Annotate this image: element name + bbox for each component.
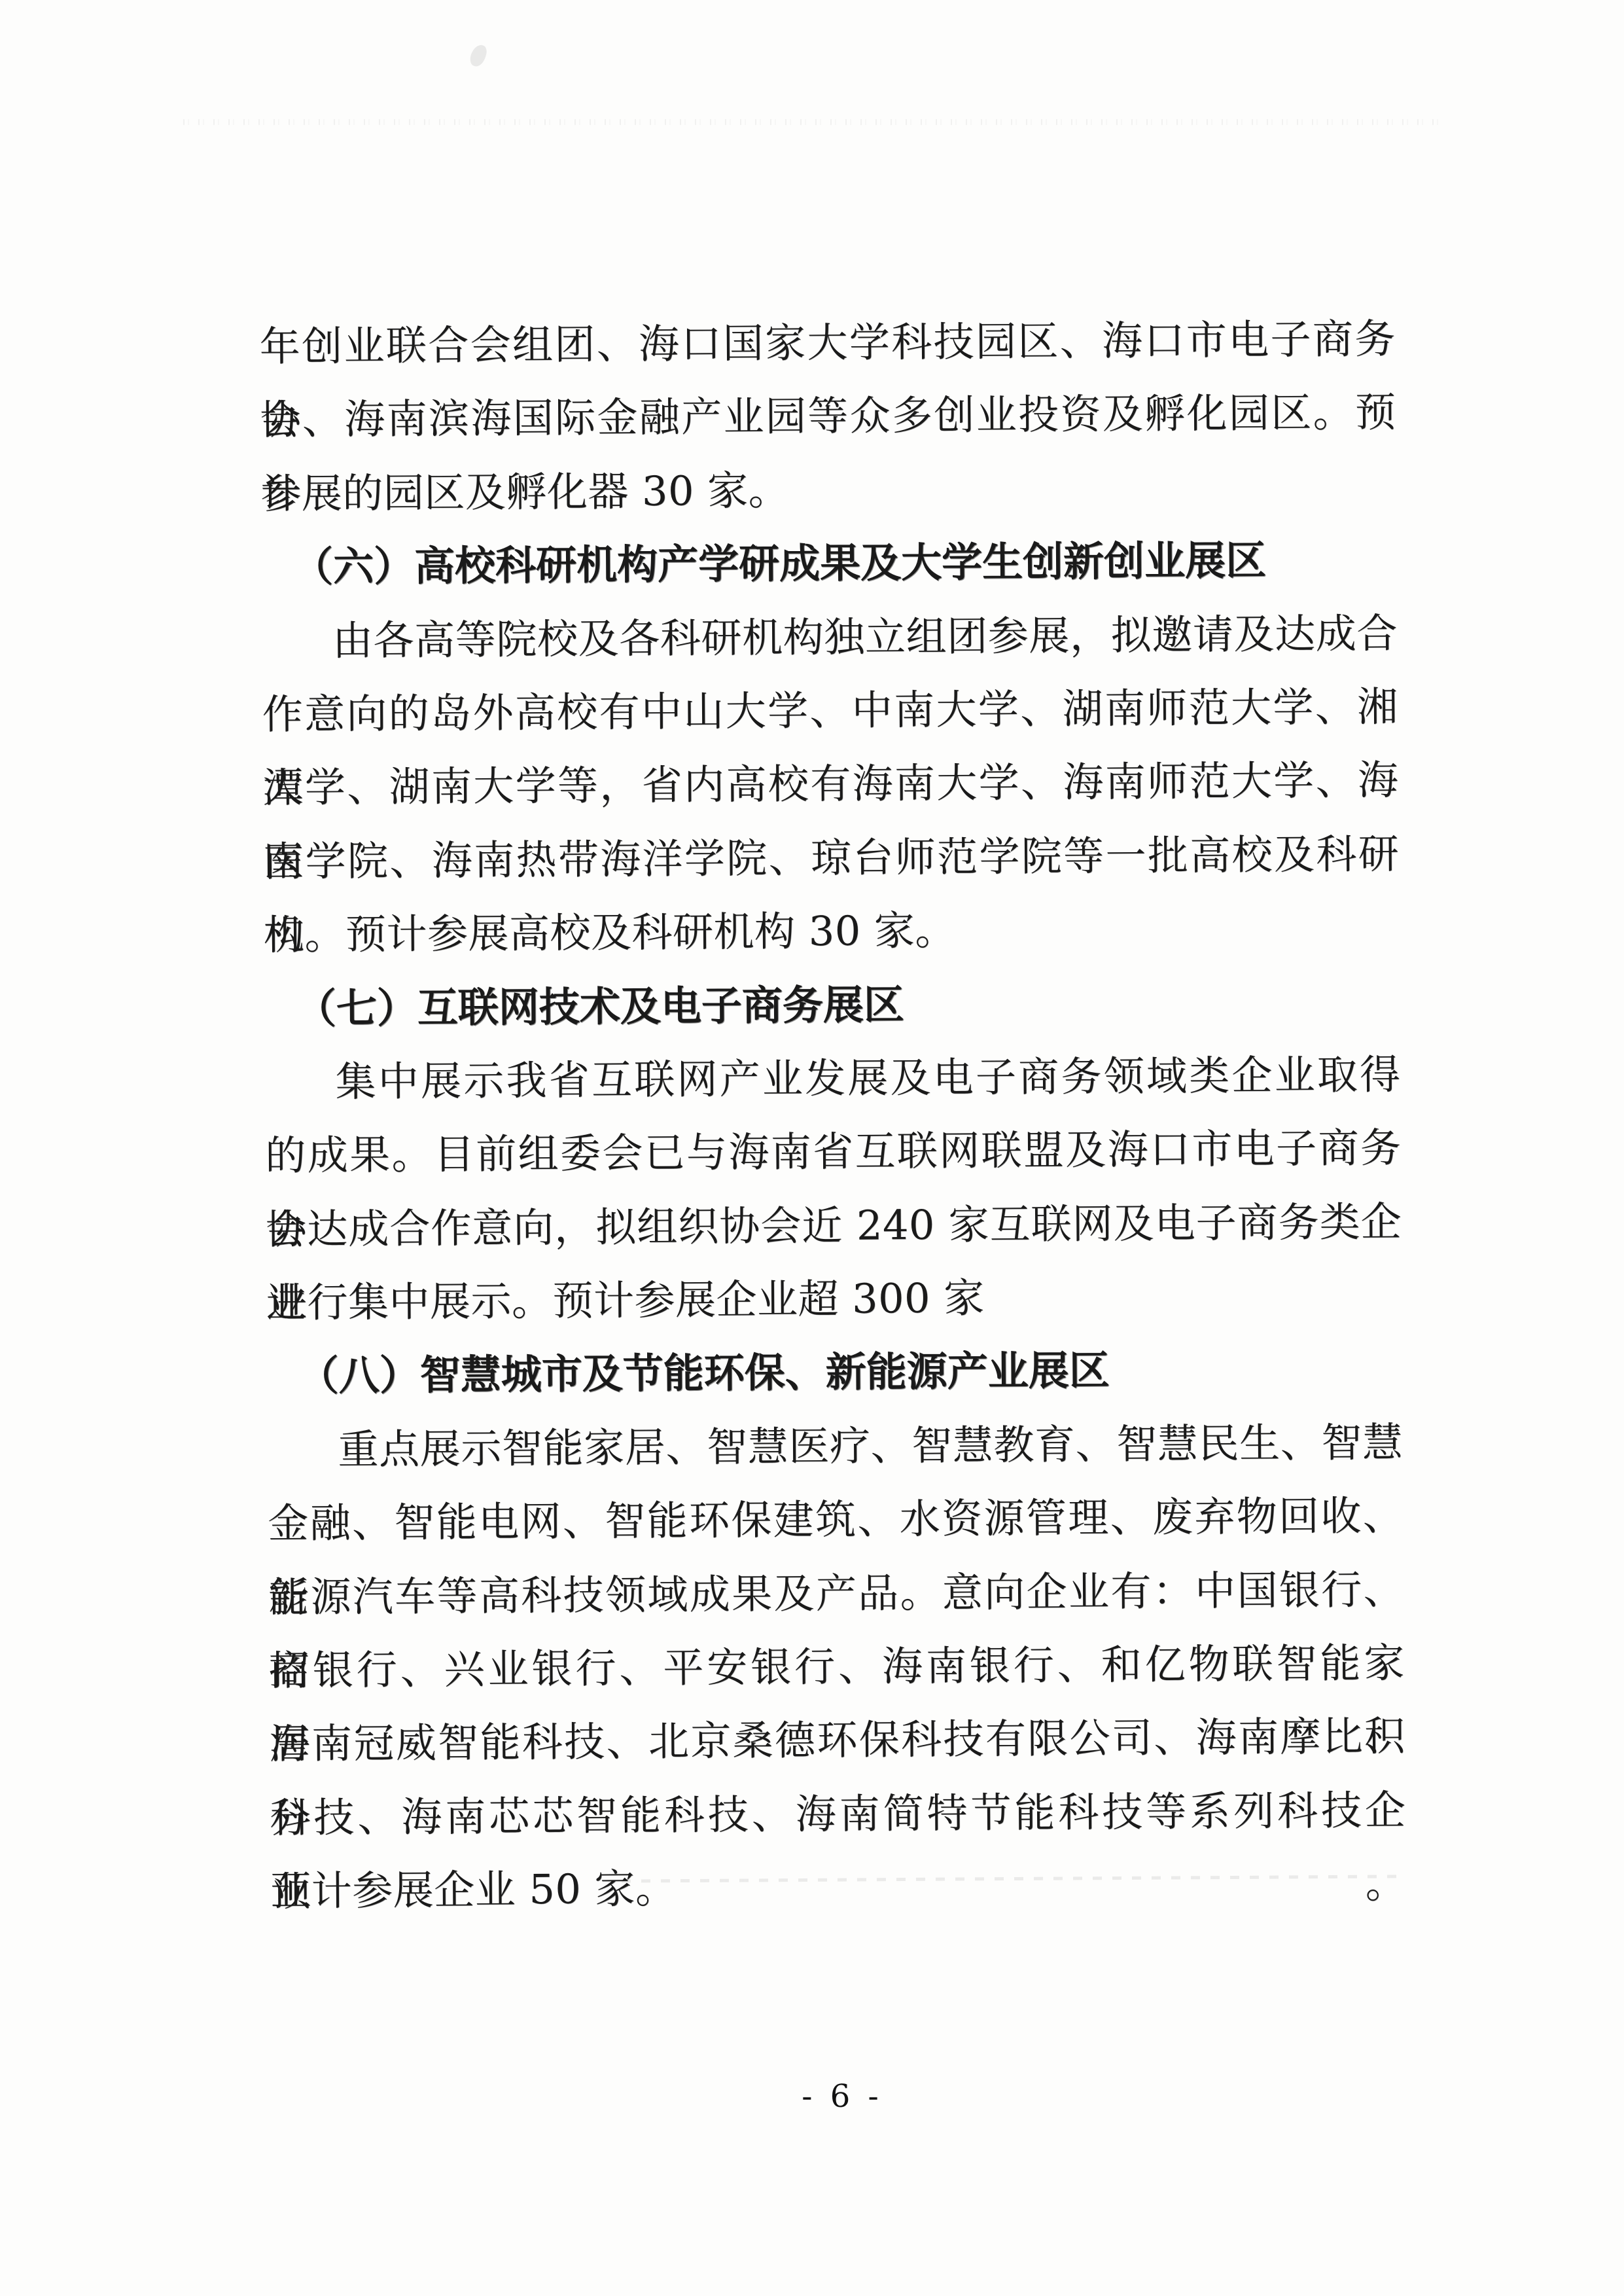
document-body-text: 年创业联合会组团、海口国家大学科技园区、海口市电子商务协会、海南滨海国际金融产业… bbox=[259, 302, 1409, 1929]
text-line: 作意向的岛外高校有中山大学、中南大学、湖南师范大学、湘潭 bbox=[262, 670, 1398, 752]
text-line: 能源汽车等高科技领域成果及产品。意向企业有：中国银行、招 bbox=[268, 1553, 1405, 1635]
scanned-document-page: 年创业联合会组团、海口国家大学科技园区、海口市电子商务协会、海南滨海国际金融产业… bbox=[0, 0, 1624, 2296]
text-line: 年创业联合会组团、海口国家大学科技园区、海口市电子商务协 bbox=[259, 302, 1396, 384]
text-line: 会达成合作意向，拟组织协会近 240 家互联网及电子商务类企业 bbox=[266, 1185, 1402, 1267]
text-line: 集中展示我省互联网产业发展及电子商务领域类企业取得 bbox=[264, 1038, 1401, 1120]
scan-smudge-artifact bbox=[468, 43, 488, 68]
text-line: 医学院、海南热带海洋学院、琼台师范学院等一批高校及科研机 bbox=[263, 817, 1400, 899]
page-number: - 6 - bbox=[790, 2073, 894, 2119]
text-line: 科技、海南芯芯智能科技、海南简特节能科技等系列科技企业。 bbox=[270, 1774, 1406, 1856]
scan-noise-artifact bbox=[183, 119, 1446, 125]
text-line: 的成果。目前组委会已与海南省互联网联盟及海口市电子商务协 bbox=[265, 1111, 1402, 1193]
text-line: 参展的园区及孵化器 30 家。 bbox=[260, 450, 1400, 531]
text-line: 构。预计参展高校及科研机构 30 家。 bbox=[264, 891, 1403, 973]
text-line: 大学、湖南大学等，省内高校有海南大学、海南师范大学、海南 bbox=[262, 744, 1399, 825]
text-line: 重点展示智能家居、智慧医疗、智慧教育、智慧民生、智慧 bbox=[267, 1406, 1403, 1488]
text-line: 会、海南滨海国际金融产业园等众多创业投资及孵化园区。预计 bbox=[260, 376, 1396, 457]
section-heading: （八）智慧城市及节能环保、新能源产业展区 bbox=[266, 1332, 1405, 1414]
section-heading: （七）互联网技术及电子商务展区 bbox=[264, 964, 1403, 1046]
text-line: 商银行、兴业银行、平安银行、海南银行、和亿物联智能家居、 bbox=[268, 1626, 1405, 1708]
text-line: 金融、智能电网、智能环保建筑、水资源管理、废弃物回收、新 bbox=[268, 1479, 1404, 1561]
section-heading: （六）高校科研机构产学研成果及大学生创新创业展区 bbox=[261, 523, 1400, 605]
text-line: 由各高等院校及各科研机构独立组团参展，拟邀请及达成合 bbox=[262, 596, 1398, 678]
text-line: 进行集中展示。预计参展企业超 300 家 bbox=[266, 1259, 1405, 1340]
text-line: 海南冠威智能科技、北京桑德环保科技有限公司、海南摩比积分 bbox=[269, 1700, 1405, 1782]
